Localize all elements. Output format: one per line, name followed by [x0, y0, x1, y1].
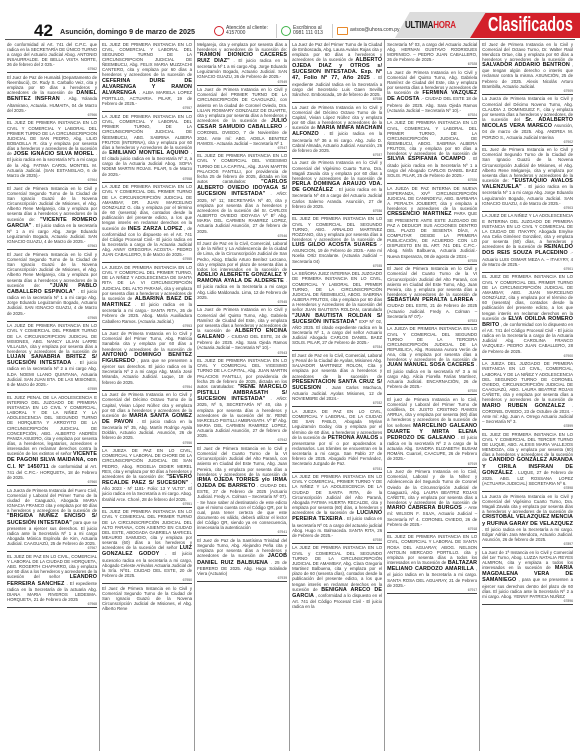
- legal-notice: El Juez de Paz en lo Civil, Comercial, L…: [292, 351, 382, 407]
- legal-notice: Secretaría Nº 03, a cargo del Actuario J…: [387, 40, 477, 68]
- notice-text: LA JUEZ DE PRIMERA INSTANCIA EN LO CIVIL…: [102, 114, 192, 155]
- legal-notice: LA JUEZ DE PRIMERA INSTANCIA EN LO CIVIL…: [292, 544, 382, 610]
- notice-text: El Juez de Primera Instancia en lo Civil…: [482, 42, 573, 62]
- legal-notice: El Juez de Primera Instancia en lo Civil…: [7, 184, 97, 250]
- deceased-name: JUAN MANUEL SOSA CACERES: [387, 362, 474, 368]
- deceased-name: ADELIO ALBERETE GONZALEZ Y RAMONA AYALA …: [197, 272, 287, 284]
- legal-notice: EL JUEZ DE PRIMERA INSTANCIA EN LO CIVIL…: [387, 533, 477, 594]
- legal-notice: La Juez de Primera Instancia en lo Civil…: [292, 103, 382, 159]
- legal-notice: La Juez de Primera Instancia en lo Civil…: [197, 306, 287, 357]
- notice-text: LA JUEZA DE PRIMERA INSTANCIA EN LO CIVI…: [387, 326, 477, 362]
- notice-code: 67939: [197, 576, 287, 580]
- notice-text: LA JUEZ DE PRIMERA INSTANCIA EN LO CIVIL…: [102, 184, 192, 230]
- whatsapp-icon: [281, 26, 291, 36]
- notice-code: 67899: [482, 424, 573, 428]
- classifieds-columns: de conformidad al Art. 741 del C.P.C. qu…: [5, 39, 575, 751]
- phone-number: 4157000: [226, 30, 245, 36]
- notice-text: El Juez de Primera Instancia en lo Civil…: [197, 446, 287, 477]
- notice-code: 67917: [387, 588, 477, 592]
- column-3: Melgarejo, cita y emplaza por sesenta dí…: [195, 40, 290, 751]
- notice-text-continued: . El juicio radica en la Secretaría a mi…: [482, 527, 573, 542]
- notice-code: 67896: [482, 599, 573, 603]
- column-1: de conformidad al Art. 741 del C.P.C. qu…: [5, 40, 100, 751]
- notice-text-continued: . AÑO: 2025, Nº 11; SECRETARÍA Nº 40, ci…: [197, 191, 287, 233]
- whatsapp-number: 0981 111 013: [293, 30, 323, 36]
- legal-notice: La Jueza de Primera Instancia en lo Civi…: [482, 95, 573, 146]
- legal-notice: LA JUEZA DE PRIMERA INSTANCIA EN LO CIVI…: [102, 263, 192, 329]
- legal-notice: EL JUEZ DE PRIMERA INSTANCIA EN LO CIVIL…: [482, 273, 573, 360]
- notice-code: 67934: [292, 345, 382, 349]
- deceased-name: SALVADOR ADDARIO BENTRON: [482, 62, 570, 68]
- legal-notice: El Juez de Primera Instancia en lo Civil…: [7, 250, 97, 321]
- notice-code: 67956: [102, 441, 192, 445]
- deceased-name: EMILIANO MONTIEL AQUINO: [109, 150, 188, 156]
- notice-text: LA JUEZ DE PRIMERA INSTANCIA EN LO CIVIL…: [7, 323, 97, 354]
- legal-notice: LA JUEZA DEL JUZGADO DE PRIMERA INSTANCI…: [482, 360, 573, 430]
- column-6: El Juez de Primera Instancia en lo Civil…: [480, 40, 575, 751]
- notice-code: 67897: [482, 542, 573, 546]
- notice-code: 67967: [7, 546, 97, 550]
- legal-notice: LA JUEZA DE PAZ EN LO CIVIL, COMERCIAL Y…: [102, 447, 192, 508]
- whatsapp-contact: Escríbinos al0981 111 013: [276, 24, 323, 38]
- notice-text-continued: . CIUDAD DEL ESTE, 27 de Febrero de 2025…: [197, 483, 287, 530]
- notice-code: 67942: [197, 438, 287, 442]
- legal-notice: LA JUEZ DE LA NIÑEZ Y LA ADOLESCENCIA E …: [482, 212, 573, 273]
- envelope-icon: [337, 27, 348, 35]
- notice-code: 67924: [387, 113, 477, 117]
- legal-notice: LA JUEZ DE PRIMERA INSTANCIA EN LO CIVIL…: [102, 183, 192, 264]
- legal-notice: La Juez de Primera Instancia en lo Civil…: [292, 159, 382, 215]
- notice-text: LA JUEZ DE PRIMERA INSTANCIA EN LO CIVIL…: [292, 474, 382, 515]
- notice-code: 67928: [387, 62, 477, 66]
- notice-code: 67900: [482, 354, 573, 358]
- notice-text: de conformidad al Art. 741 del C.P.C. qu…: [7, 42, 97, 68]
- notice-code: 67963: [7, 244, 97, 248]
- legal-notice: EL JUEZ DE PRIMERA INSTANCIA EN LO CIVIL…: [102, 508, 192, 585]
- deceased-name: SEBASTIAN PERALTA LARREA: [387, 297, 473, 303]
- notice-text: La Juez de Primera Instancia en lo Civil…: [102, 331, 192, 351]
- notice-code: 67958: [102, 177, 192, 181]
- brand-logo: ULTIMAHORA: [405, 20, 456, 31]
- email-address: avisos@uhora.com.py: [350, 28, 400, 34]
- customer-service-contact: Atención al cliente:4157000: [214, 24, 268, 38]
- notice-code: 67950: [102, 578, 192, 582]
- legal-notice: El juez de Primera Instancia en lo Civil…: [387, 395, 477, 467]
- notice-text: El Juez de Primera Instancia en lo Civil…: [102, 586, 192, 612]
- legal-notice: La Juez de Primera Instancia en lo Civil…: [387, 468, 477, 533]
- notice-text: EL JUEZ DE PRIMERA INSTANCIA EN LO CIVIL…: [292, 216, 382, 242]
- notice-code: 67943: [197, 351, 287, 355]
- email-contact: avisos@uhora.com.py: [332, 24, 400, 38]
- phone-icon: [214, 26, 224, 36]
- notice-text: LA SEÑORA JUEZ INTERINA DEL JUZGADO DE P…: [292, 271, 382, 312]
- notice-code: 67935: [292, 264, 382, 268]
- notice-text-continued: . AÑO: 2025, Nº 5, SECRETARÍA Nº 40, cit…: [197, 396, 287, 438]
- notice-code: 67903: [482, 206, 573, 210]
- legal-notice: El Juez de Paz de Humaitá (Departamento …: [7, 73, 97, 119]
- notice-code: 67909: [482, 89, 573, 93]
- deceased-name: JOSE IGNACIO SILVA MOREL: [14, 151, 94, 157]
- notice-code: 67951: [102, 502, 192, 506]
- notice-code: 67955: [102, 257, 192, 261]
- notice-code: 67919: [387, 462, 477, 466]
- notice-code: 67930: [292, 538, 382, 542]
- notice-code: 67954: [102, 385, 192, 389]
- legal-notice: LA JUEZA DE PRIMERA INSTANCIA EN LO CIVI…: [387, 325, 477, 395]
- deceased-name: MARIO CABRERA BURGOS: [387, 505, 462, 511]
- legal-notice: La Juez de Primera Instancia en lo Civil…: [102, 330, 192, 391]
- legal-notice: LA JUEZ DE PRIMERA INSTANCIA EN LO CIVIL…: [292, 473, 382, 544]
- notice-code: 67918: [387, 527, 477, 531]
- notice-text: LA JUEZ DE PRIMERA INSTANCIA EN LO CIVIL…: [292, 545, 382, 591]
- notice-text-continued: PARA QUE SE PRESENTE ANTE ESTE JUZGADO D…: [387, 211, 477, 258]
- notice-code: 67936: [292, 209, 382, 213]
- notice-code: 67945: [197, 300, 287, 304]
- legal-notice: EL JUEZ PENAL DE LA ADOLESCENCIA E INTER…: [7, 393, 97, 486]
- legal-notice: EL JUEZ DE PRIMERA INSTANCIA EN LO CIVIL…: [197, 152, 287, 240]
- legal-notice: EL JUEZ DE PRIMERA INSTANCIA EN LO CIVIL…: [102, 40, 192, 112]
- legal-notice: La Jueza de Primera Instancia en lo Civi…: [482, 492, 573, 548]
- deceased-name: CRESENCIO MARTINEZ: [387, 211, 451, 217]
- notice-code: 67946: [197, 234, 287, 238]
- legal-notice: LA JUEZ DE PRIMERA INSTANCIA EN LO CIVIL…: [7, 322, 97, 393]
- page-number: 42: [34, 21, 53, 41]
- legal-notice: EL Juez de Primera Instancia en lo Civil…: [482, 146, 573, 212]
- notice-code: 67964: [7, 178, 97, 182]
- deceased-name: CRISTOBAL VELAZQUEZ MENCIA y RUFINA GARA…: [482, 514, 573, 526]
- notice-code: 67920: [387, 389, 477, 393]
- notice-code: 67960: [7, 480, 97, 484]
- legal-notice: El Juez de Primera Instancia en lo Civil…: [482, 40, 573, 95]
- notice-text: EL JUEZ DE PRIMERA INSTANCIA EN LO CIVIL…: [102, 42, 192, 78]
- notice-code: 67965: [7, 316, 97, 320]
- notice-text: EL JUEZ DE PRIMERA INSTANCIA EN LO CIVIL…: [102, 509, 192, 550]
- notice-text: Melgarejo, cita y emplaza por sesenta dí…: [197, 42, 287, 52]
- legal-notice: La Juez de Primera Instancia en lo Civil…: [387, 68, 477, 119]
- notice-code: 67923: [387, 319, 477, 323]
- legal-notice: LA JUEZ DE PRIMERA INSTANCIA EN LO CIVIL…: [387, 119, 477, 184]
- notice-text: EL JUEZ PENAL DE LA ADOLESCENCIA E INTER…: [7, 395, 97, 457]
- legal-notice: La Jueza de Primera Instancia del Fuero …: [7, 486, 97, 552]
- legal-notice: El Juez de Primera Instancia en lo Civil…: [197, 444, 287, 536]
- deceased-name: PETRONA AVALOS: [328, 435, 379, 441]
- brand-logo-part-a: ULTIMA: [405, 20, 433, 31]
- notice-text: La Juez de Primera Instancia en lo Civil…: [387, 469, 477, 505]
- notice-code: 67968: [7, 602, 97, 606]
- notice-code: 67902: [482, 140, 573, 144]
- notice-code: 67925: [387, 259, 477, 263]
- notice-code: 67932: [292, 401, 382, 405]
- deceased-name: MARIO RUBEN GONZALEZ: [482, 403, 565, 409]
- notice-text: La Jueza de Primera Instancia en lo Civi…: [482, 494, 573, 514]
- notice-code: 67898: [482, 486, 573, 490]
- notice-code: 67926: [387, 178, 477, 182]
- legal-notice: El Juez de Paz de la Santísima Trinidad …: [197, 536, 287, 582]
- legal-notice: LA SEÑORA JUEZ INTERINA DEL JUZGADO DE P…: [292, 270, 382, 352]
- legal-notice: La Juez de Primera Instancia en lo Civil…: [102, 391, 192, 447]
- notice-text: El Juez de Paz en lo Civil, Comercial, L…: [292, 353, 382, 379]
- notice-code: 67901: [482, 267, 573, 271]
- page-header: 42 Asunción, domingo 9 de marzo de 2025 …: [0, 0, 580, 38]
- column-2: EL JUEZ DE PRIMERA INSTANCIA EN LO CIVIL…: [100, 40, 195, 751]
- column-5: Secretaría Nº 03, a cargo del Actuario J…: [385, 40, 480, 751]
- notice-code: 67937: [292, 153, 382, 157]
- legal-notice: EL JUEZ DE PAZ EN LO CIVIL, COMERCIAL Y …: [7, 552, 97, 608]
- notice-code: 67953: [102, 324, 192, 328]
- notice-text: El Juez de Primera Instancia en lo Civil…: [387, 266, 477, 297]
- notice-text: Secretaría Nº 03, a cargo del Actuario J…: [387, 42, 477, 62]
- notice-code: 67957: [102, 106, 192, 110]
- notice-text: LA JUEZA DE PAZ INTERNA DE NUEVA ESPERAN…: [387, 186, 477, 212]
- legal-notice: LA JUEZA DE PAZ EN LO CIVIL, COMERCIAL Y…: [292, 407, 382, 472]
- legal-notice: EL JUEZ DE PRIMERA INSTANCIA EN LO CIVIL…: [197, 357, 287, 445]
- notice-text: EL JUEZ DE PRIMERA INSTANCIA EN LO CIVIL…: [482, 274, 573, 320]
- legal-notice: El Juez de Paz en lo Civil, Comercial, L…: [197, 240, 287, 306]
- notice-text: El Juez de Paz en lo Civil, Comercial, L…: [197, 241, 287, 272]
- edition-date: Asunción, domingo 9 de marzo de 2025: [60, 27, 195, 36]
- legal-notice: La Juez de 1ª Instancia en lo Civil y Co…: [482, 548, 573, 605]
- section-title: Clasificados: [488, 14, 573, 37]
- deceased-name: INES ZARZA LOPEZ: [128, 226, 183, 232]
- legal-notice: EL JUEZ DE PRIMERA INSTANCIA EN LO CIVIL…: [7, 119, 97, 184]
- notice-code: 67938: [292, 97, 382, 101]
- brand-logo-part-b: HORA: [433, 20, 456, 31]
- legal-notice: de conformidad al Art. 741 del C.P.C. qu…: [7, 40, 97, 73]
- deceased-name: SILVIA ESPIFANIA OCAMPO: [387, 156, 466, 162]
- notice-text: LA JUEZA DEL JUZGADO DE PRIMERA INSTANCI…: [482, 361, 573, 402]
- notice-text: La Jueza de Primera Instancia del Fuero …: [7, 488, 97, 514]
- legal-notice: LA JUEZ DE PRIMERA INSTANCIA EN LO CIVIL…: [102, 112, 192, 182]
- notice-code: 67966: [7, 113, 97, 117]
- notice-text: La Juez de Primera Instancia en lo Civil…: [292, 160, 382, 180]
- deceased-name: LUIS GILDO ACOSTA SUARES: [292, 242, 377, 248]
- legal-notice: LA JUEZA DE PAZ INTERNA DE NUEVA ESPERAN…: [387, 184, 477, 265]
- legal-notice: El Juez de Primera Instancia en lo Civil…: [102, 584, 192, 612]
- notice-code: 67962: [7, 67, 97, 71]
- column-4: La Juez de Paz del Primer Turno de la Ci…: [290, 40, 385, 751]
- legal-notice: La Juez de Primera Instancia en lo Civil…: [197, 86, 287, 152]
- legal-notice: EL JUEZ DE PRIMERA INSTANCIA EN LO CIVIL…: [482, 430, 573, 492]
- legal-notice: EL JUEZ DE PRIMERA INSTANCIA EN LO CIVIL…: [292, 215, 382, 270]
- notice-code: 67947: [197, 146, 287, 150]
- notice-code: 67959: [7, 387, 97, 391]
- notice-text: LA JUEZ DE PRIMERA INSTANCIA EN LO CIVIL…: [387, 120, 477, 156]
- notice-code: 67941: [197, 530, 287, 534]
- notice-code: 67949: [197, 80, 287, 84]
- notice-code: 67931: [292, 467, 382, 471]
- legal-notice: La Juez de Paz del Primer Turno de la Ci…: [292, 40, 382, 103]
- legal-notice: El Juez de Primera Instancia en lo Civil…: [387, 265, 477, 325]
- legal-notice: Melgarejo, cita y emplaza por sesenta dí…: [197, 40, 287, 86]
